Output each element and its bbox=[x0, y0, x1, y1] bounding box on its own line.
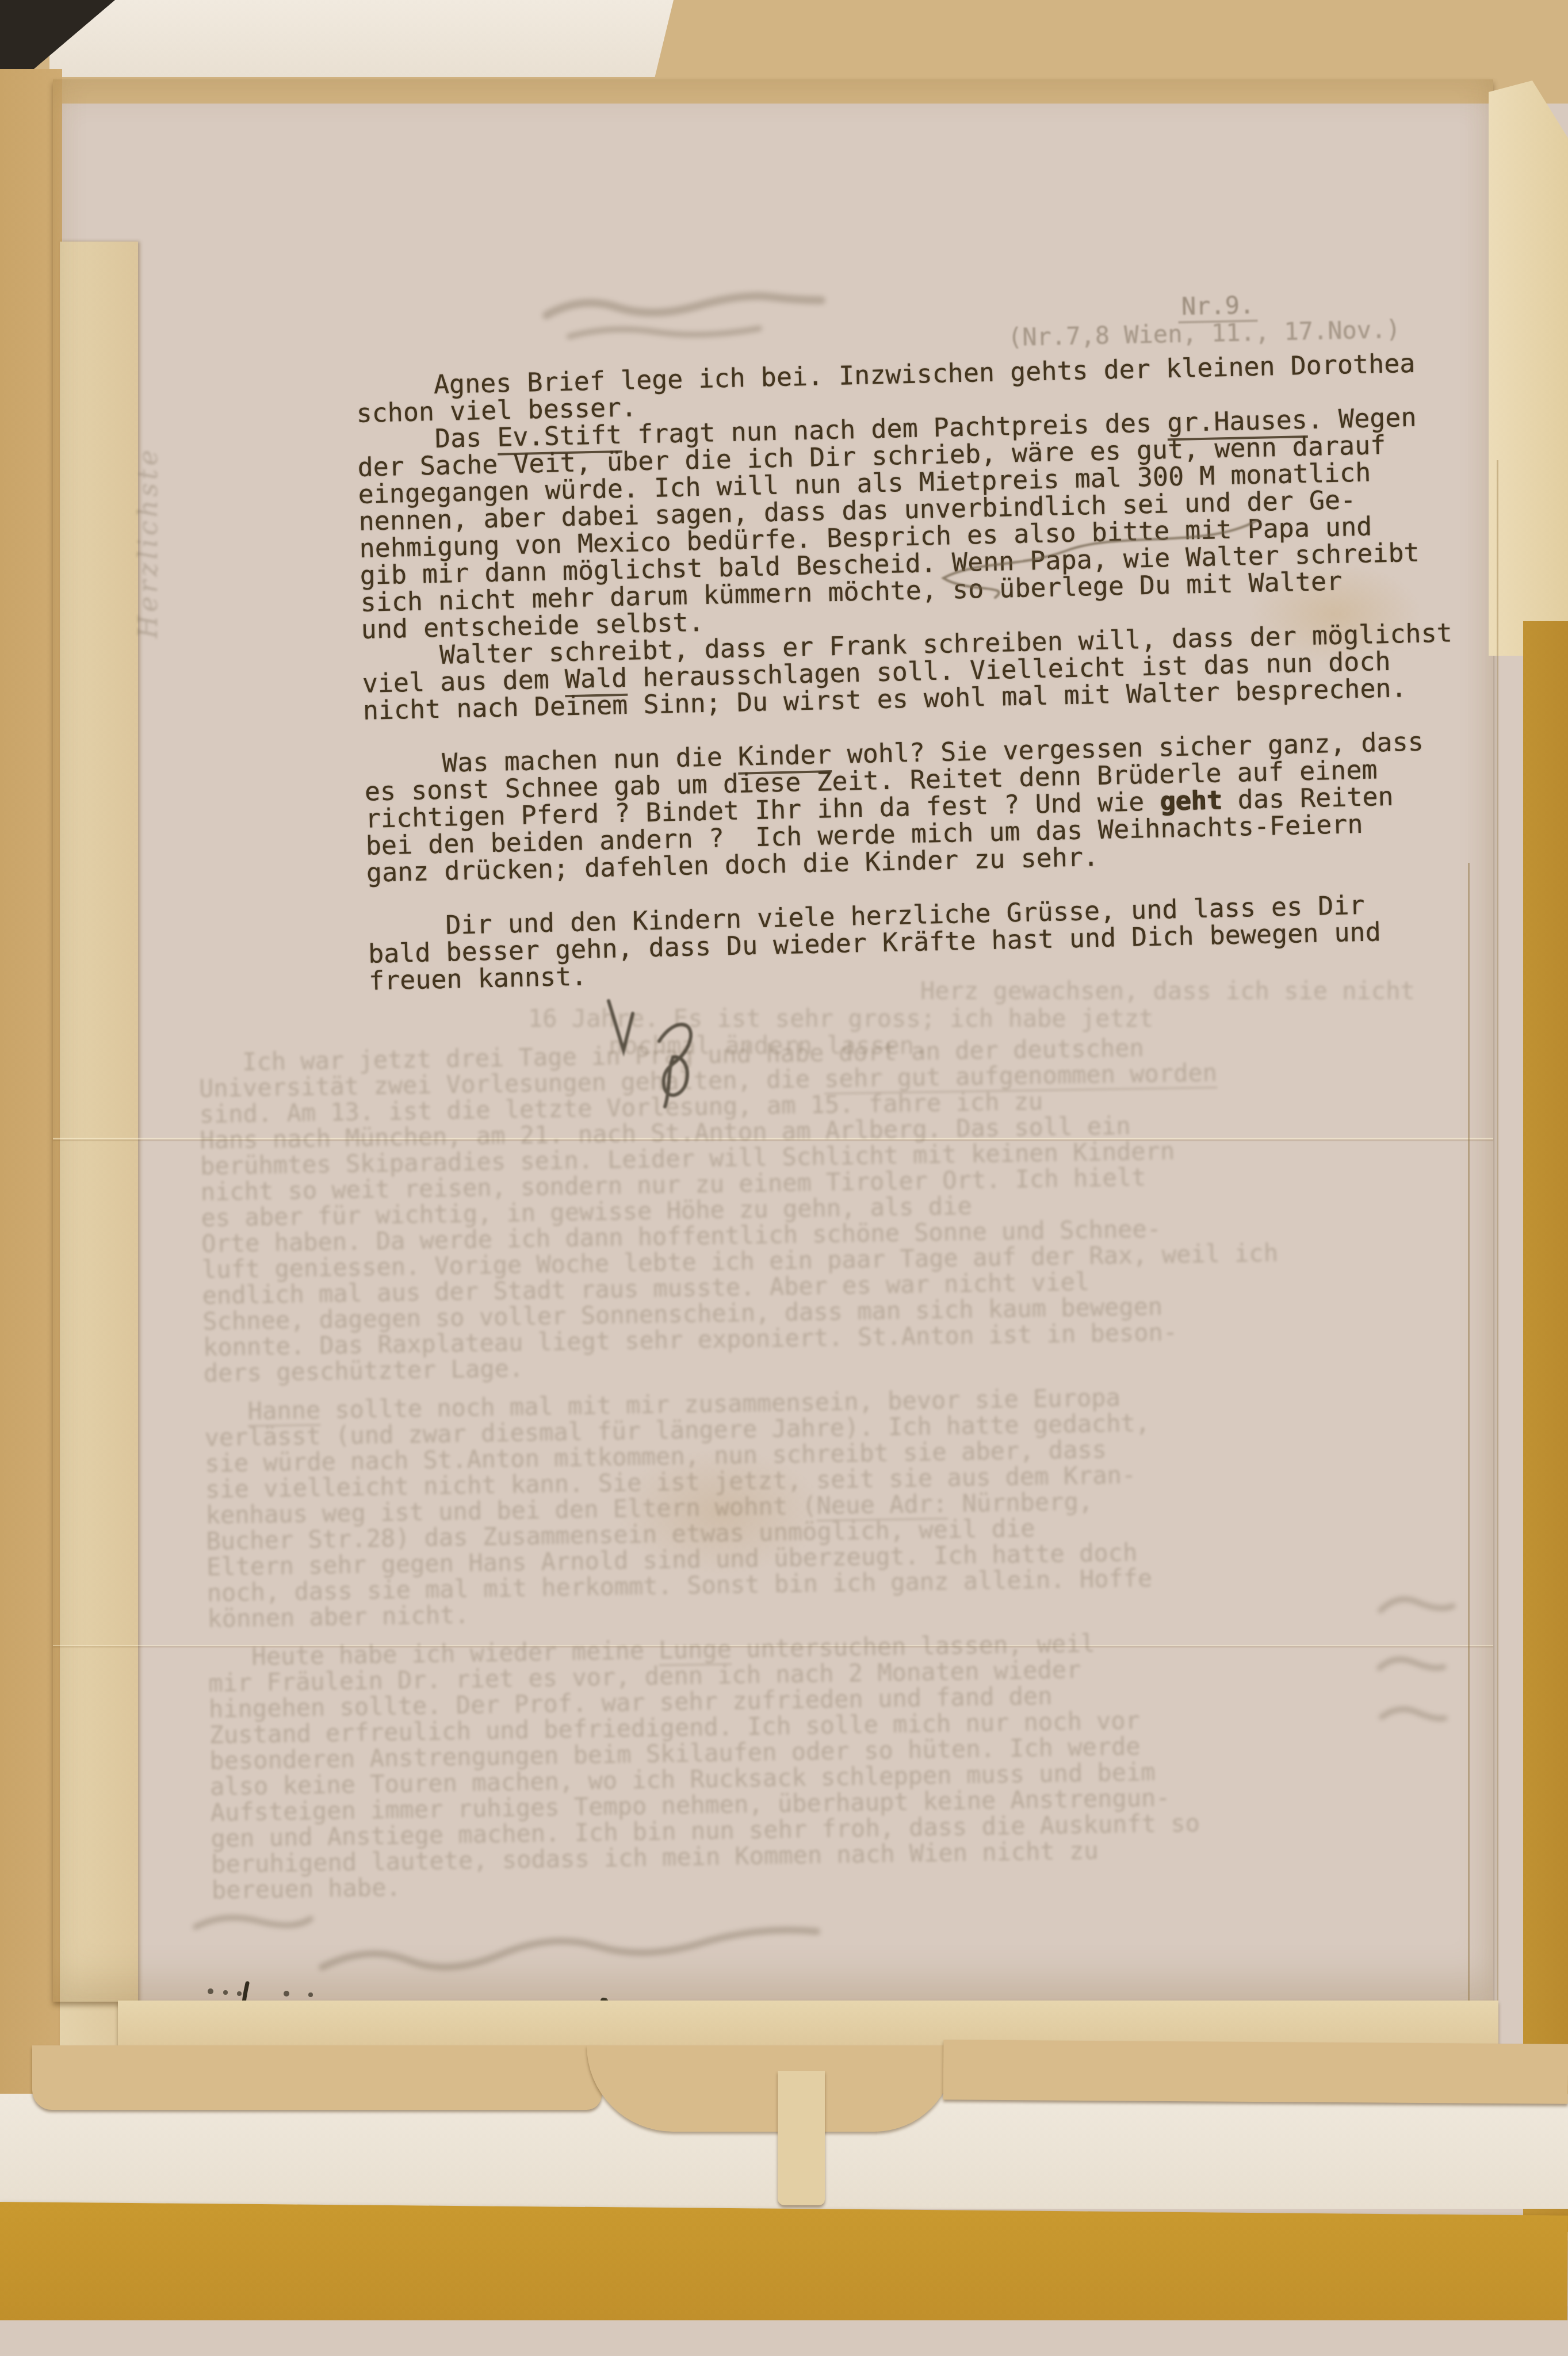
torn-sheet-tab bbox=[778, 2071, 825, 2205]
signature-squiggle bbox=[609, 1001, 691, 1107]
pencil-squiggle-paragraph bbox=[943, 521, 1257, 598]
ink-dots bbox=[208, 1988, 313, 1997]
torn-sheet-right bbox=[943, 2040, 1568, 2104]
table-surface bbox=[0, 2320, 1568, 2356]
margin-note-vertical: Herzlichste bbox=[132, 446, 163, 638]
torn-sheet-left bbox=[32, 2045, 602, 2110]
mustard-folder-band bbox=[0, 2202, 1568, 2338]
pencil-cursive-bottom bbox=[196, 1918, 817, 1967]
photo-of-letter: Nr.9. (Nr.7,8 Wien, 11., 17.Nov.) Agnes … bbox=[0, 0, 1568, 2356]
torn-sheet-arch bbox=[587, 2045, 955, 2132]
pencil-note-topleft bbox=[546, 296, 821, 336]
pencil-notes-right-margin bbox=[1379, 1599, 1453, 1718]
